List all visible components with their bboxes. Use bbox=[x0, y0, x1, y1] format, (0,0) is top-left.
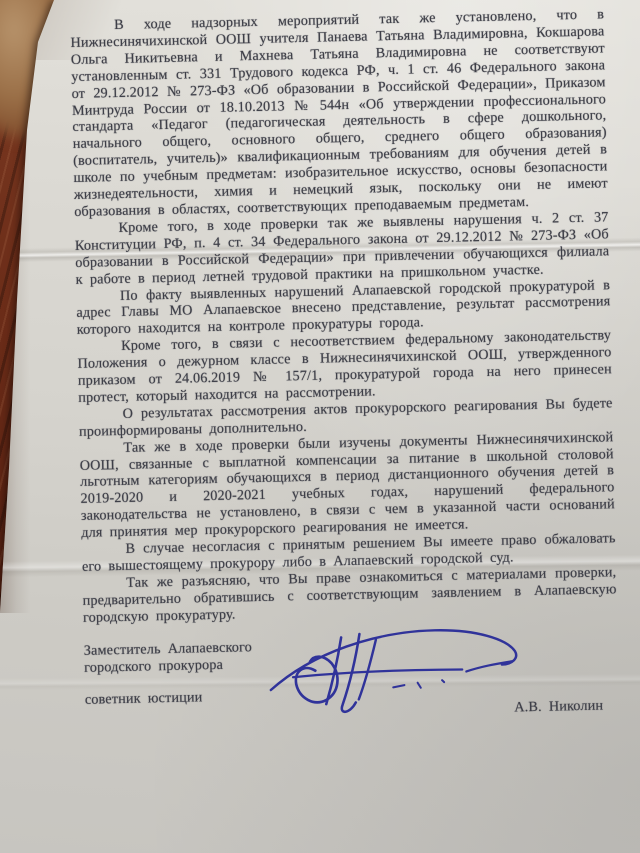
photo-of-document: { "document": { "paragraphs": [ "В ходе … bbox=[0, 0, 640, 853]
paper-sheet: В ходе надзорных мероприятий так же уста… bbox=[0, 0, 640, 853]
signatory-name: А.В. Николин bbox=[514, 697, 603, 716]
signatory-position-line1: Заместитель Алапаевского bbox=[84, 639, 252, 659]
signatory-position-line2: городского прокурора bbox=[84, 656, 223, 675]
paper-shadow: В ходе надзорных мероприятий так же уста… bbox=[0, 0, 640, 853]
paragraph-8: Так же разъясняю, что Вы праве ознакомит… bbox=[82, 564, 617, 626]
paragraph-4: Кроме того, в связи с несоответствием фе… bbox=[77, 327, 612, 406]
paragraph-6: Так же в ходе проверки были изучены доку… bbox=[79, 429, 615, 542]
paragraph-1: В ходе надзорных мероприятий так же уста… bbox=[70, 6, 608, 220]
paper-edge-shading bbox=[0, 0, 30, 613]
document-text: В ходе надзорных мероприятий так же уста… bbox=[70, 6, 620, 762]
paragraph-2: Кроме того, в ходе проверки так же выявл… bbox=[74, 209, 609, 288]
signature-block: Заместитель Алапаевского городского прок… bbox=[84, 631, 620, 763]
